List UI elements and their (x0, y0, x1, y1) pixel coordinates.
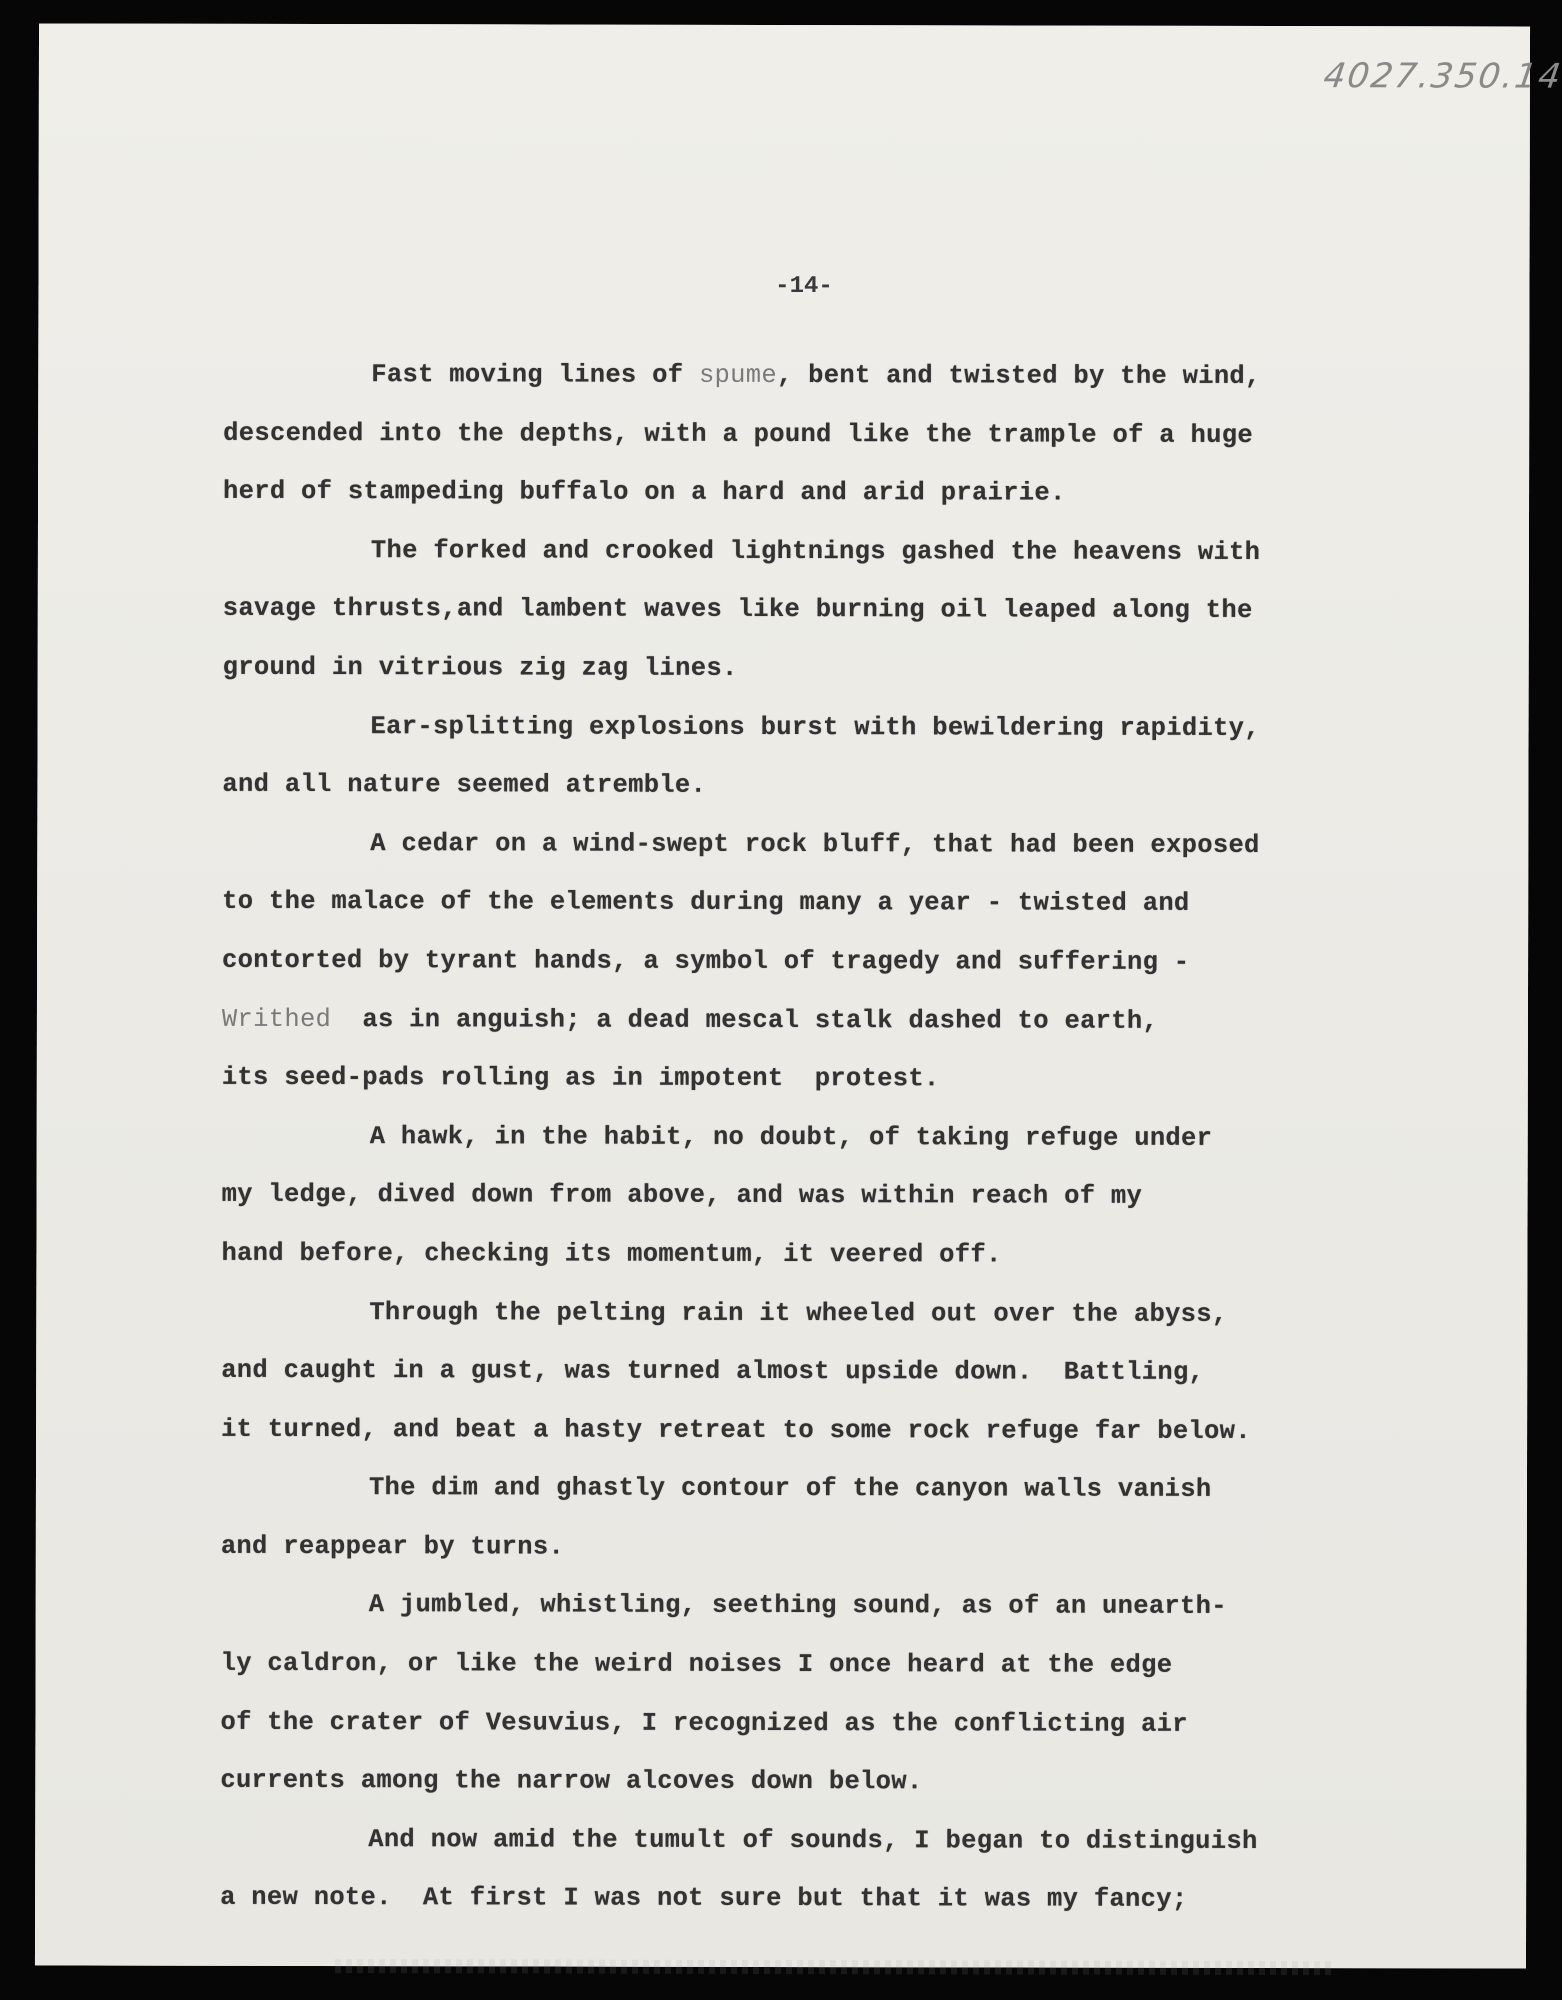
text-line: and caught in a gust, was turned almost … (221, 1342, 1441, 1403)
text-line: of the crater of Vesuvius, I recognized … (220, 1693, 1440, 1754)
text-line: a new note. At first I was not sure but … (220, 1869, 1440, 1930)
text-line: hand before, checking its momentum, it v… (221, 1225, 1441, 1286)
text-line: it turned, and beat a hasty retreat to s… (221, 1401, 1441, 1462)
text-line: its seed-pads rolling as in impotent pro… (222, 1049, 1442, 1110)
text-line: contorted by tyrant hands, a symbol of t… (222, 932, 1442, 993)
handwritten-catalog-number: 4027.350.14 (1321, 56, 1562, 96)
text-line: The forked and crooked lightnings gashed… (223, 522, 1443, 583)
faint-word: Writhed (222, 1004, 331, 1033)
text-line: ly caldron, or like the weird noises I o… (221, 1635, 1441, 1696)
text-line: A jumbled, whistling, seething sound, as… (221, 1576, 1441, 1637)
text-line: descended into the depths, with a pound … (223, 404, 1443, 465)
show-through-text (335, 1959, 1335, 1975)
text-line: ground in vitrious zig zag lines. (223, 639, 1443, 700)
text-line: And now amid the tumult of sounds, I beg… (220, 1811, 1440, 1872)
text-line: A cedar on a wind-swept rock bluff, that… (222, 815, 1442, 876)
text-line: and reappear by turns. (221, 1518, 1441, 1579)
text-line: my ledge, dived down from above, and was… (222, 1166, 1442, 1227)
text-line: The dim and ghastly contour of the canyo… (221, 1459, 1441, 1520)
text-line: savage thrusts,and lambent waves like bu… (223, 580, 1443, 641)
faint-word: spume (699, 361, 777, 390)
text-line: Fast moving lines of spume, bent and twi… (223, 346, 1443, 407)
typewritten-page: 4027.350.14 -14- Fast moving lines of sp… (35, 23, 1530, 1968)
text-line: herd of stampeding buffalo on a hard and… (223, 463, 1443, 524)
text-line: A hawk, in the habit, no doubt, of takin… (222, 1108, 1442, 1169)
text-line: currents among the narrow alcoves down b… (220, 1752, 1440, 1813)
text-line: to the malace of the elements during man… (222, 873, 1442, 934)
text-line: and all nature seemed atremble. (222, 756, 1442, 817)
document-body: Fast moving lines of spume, bent and twi… (220, 346, 1443, 1931)
page-number: -14- (38, 271, 1529, 301)
text-line: Writhed as in anguish; a dead mescal sta… (222, 990, 1442, 1051)
text-line: Ear-splitting explosions burst with bewi… (223, 697, 1443, 758)
text-line: Through the pelting rain it wheeled out … (221, 1283, 1441, 1344)
